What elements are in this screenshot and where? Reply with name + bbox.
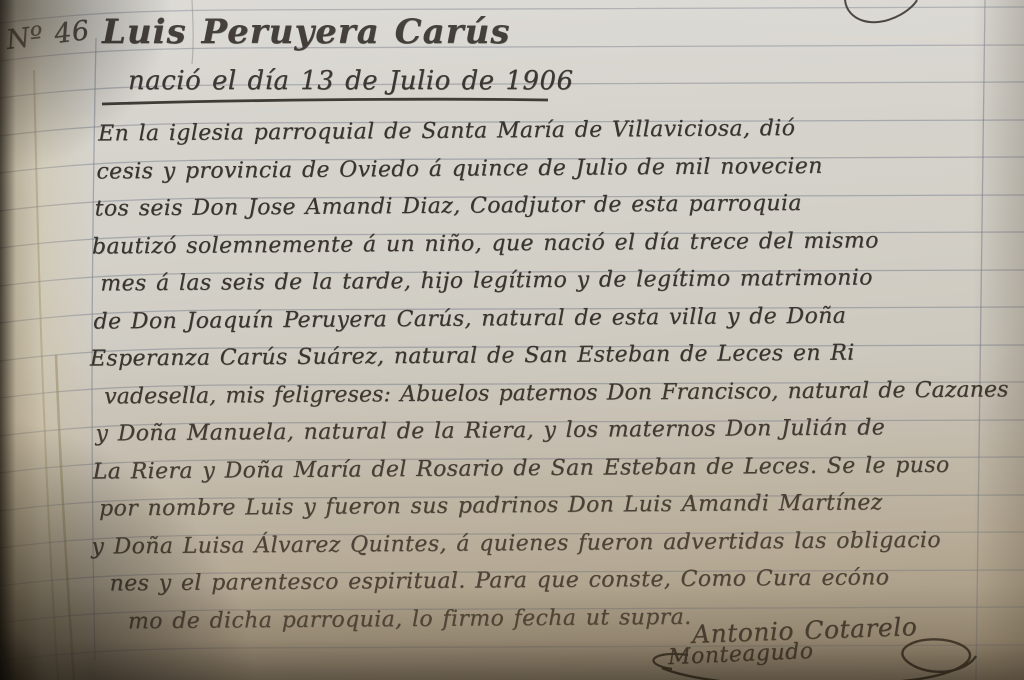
signature-surname: Monteagudo <box>668 639 814 670</box>
gutter-fold-line <box>34 70 58 680</box>
record-body-line: por nombre Luis y fueron sus padrinos Do… <box>99 484 989 528</box>
stray-pen-stroke <box>845 0 917 22</box>
record-title: Luis Peruyera Carús <box>102 12 510 52</box>
birth-date-note: nació el día 13 de Julio de 1906 <box>128 66 574 96</box>
record-body-line: mes á las seis de la tarde, hijo legítim… <box>100 259 987 303</box>
record-body: En la iglesia parroquial de Santa María … <box>96 109 990 641</box>
register-page-photo: Nº 46 Luis Peruyera Carús nació el día 1… <box>0 0 1024 680</box>
record-number: Nº 46 <box>4 15 91 56</box>
gutter-crease <box>56 355 74 680</box>
record-body-line: y Doña Manuela, natural de la Riera, y l… <box>95 409 988 454</box>
record-body-line: nes y el parentesco espiritual. Para que… <box>109 558 989 602</box>
birth-note-underline <box>102 99 548 104</box>
record-body-line: Esperanza Carús Suárez, natural de San E… <box>90 334 988 379</box>
